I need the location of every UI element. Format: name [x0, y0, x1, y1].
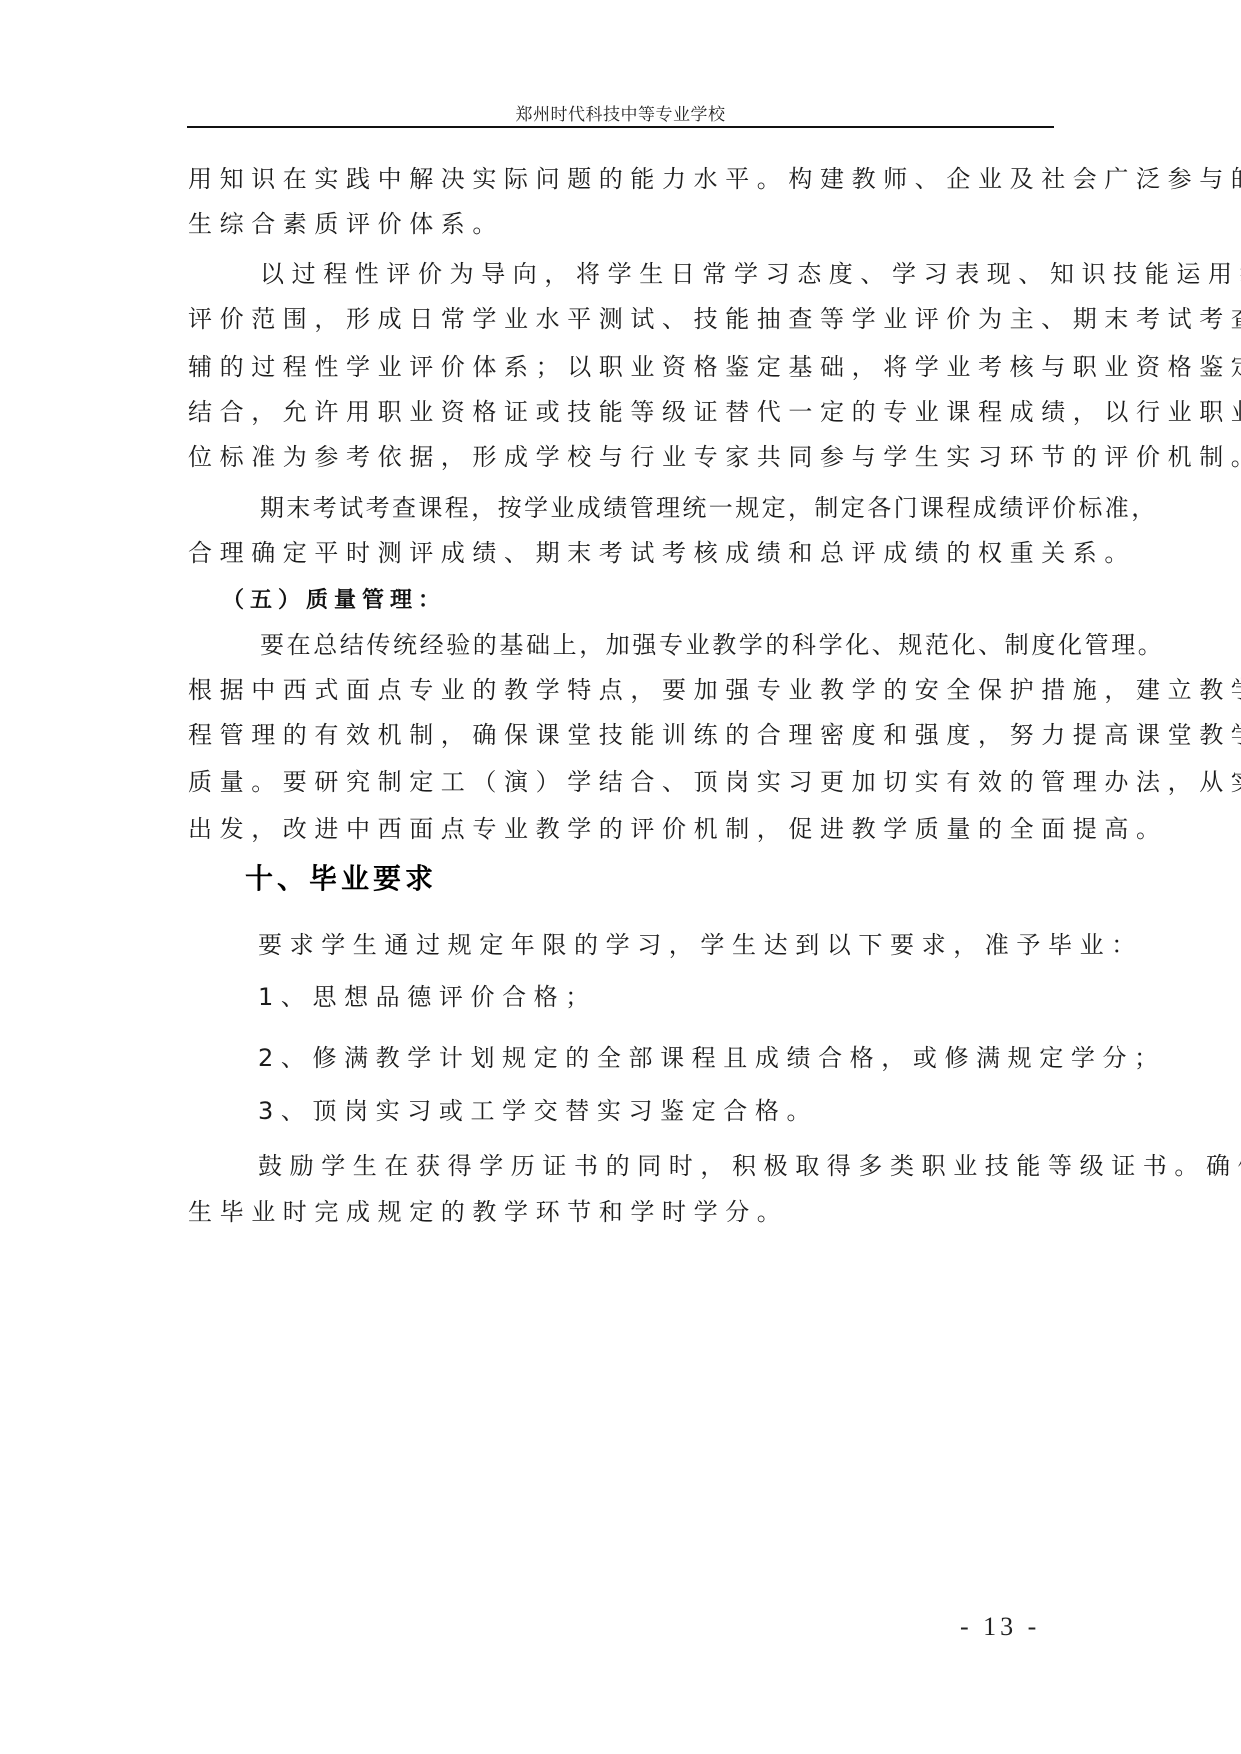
- section-heading-graduation: 十、毕业要求: [245, 857, 437, 897]
- para4-line: 要在总结传统经验的基础上，加强专业教学的科学化、规范化、制度化管理。: [260, 630, 1054, 660]
- para4-line: 程管理的有效机制，确保课堂技能训练的合理密度和强度，努力提高课堂教学的: [188, 720, 1054, 750]
- para1-line: 用知识在实践中解决实际问题的能力水平。构建教师、企业及社会广泛参与的学: [188, 164, 1054, 194]
- para3-line: 合理确定平时测评成绩、期末考试考核成绩和总评成绩的权重关系。: [188, 538, 1054, 568]
- graduation-item-2: 2、修满教学计划规定的全部课程且成绩合格，或修满规定学分；: [258, 1043, 1124, 1073]
- para2-line: 结合，允许用职业资格证或技能等级证替代一定的专业课程成绩，以行业职业岗: [188, 397, 1054, 427]
- para3-line: 期末考试考查课程，按学业成绩管理统一规定，制定各门课程成绩评价标准，: [260, 493, 1054, 523]
- graduation-item-3: 3、顶岗实习或工学交替实习鉴定合格。: [258, 1096, 1124, 1126]
- para2-line: 以过程性评价为导向，将学生日常学习态度、学习表现、知识技能运用纳入: [260, 259, 1054, 289]
- para2-line: 辅的过程性学业评价体系；以职业资格鉴定基础，将学业考核与职业资格鉴定相: [188, 352, 1054, 382]
- header-school-name: 郑州时代科技中等专业学校: [0, 100, 1241, 125]
- para4-line: 质量。要研究制定工（演）学结合、顶岗实习更加切实有效的管理办法，从实际: [188, 767, 1054, 797]
- para2-line: 评价范围，形成日常学业水平测试、技能抽查等学业评价为主、期末考试考查为: [188, 304, 1054, 334]
- para2-line: 位标准为参考依据，形成学校与行业专家共同参与学生实习环节的评价机制。: [188, 442, 1054, 472]
- subheading-quality-management: （五）质量管理：: [222, 583, 446, 614]
- header-divider: [187, 126, 1054, 128]
- graduation-intro: 要求学生通过规定年限的学习，学生达到以下要求，准予毕业：: [258, 930, 1054, 960]
- para4-line: 出发，改进中西面点专业教学的评价机制，促进教学质量的全面提高。: [188, 814, 1054, 844]
- page-number: - 13 -: [960, 1612, 1040, 1642]
- para5-line: 生毕业时完成规定的教学环节和学时学分。: [188, 1197, 1054, 1227]
- para4-line: 根据中西式面点专业的教学特点，要加强专业教学的安全保护措施，建立教学过: [188, 675, 1054, 705]
- para5-line: 鼓励学生在获得学历证书的同时，积极取得多类职业技能等级证书。确保学: [258, 1151, 1054, 1181]
- graduation-item-1: 1、思想品德评价合格；: [258, 982, 1124, 1012]
- para1-line: 生综合素质评价体系。: [188, 209, 1054, 239]
